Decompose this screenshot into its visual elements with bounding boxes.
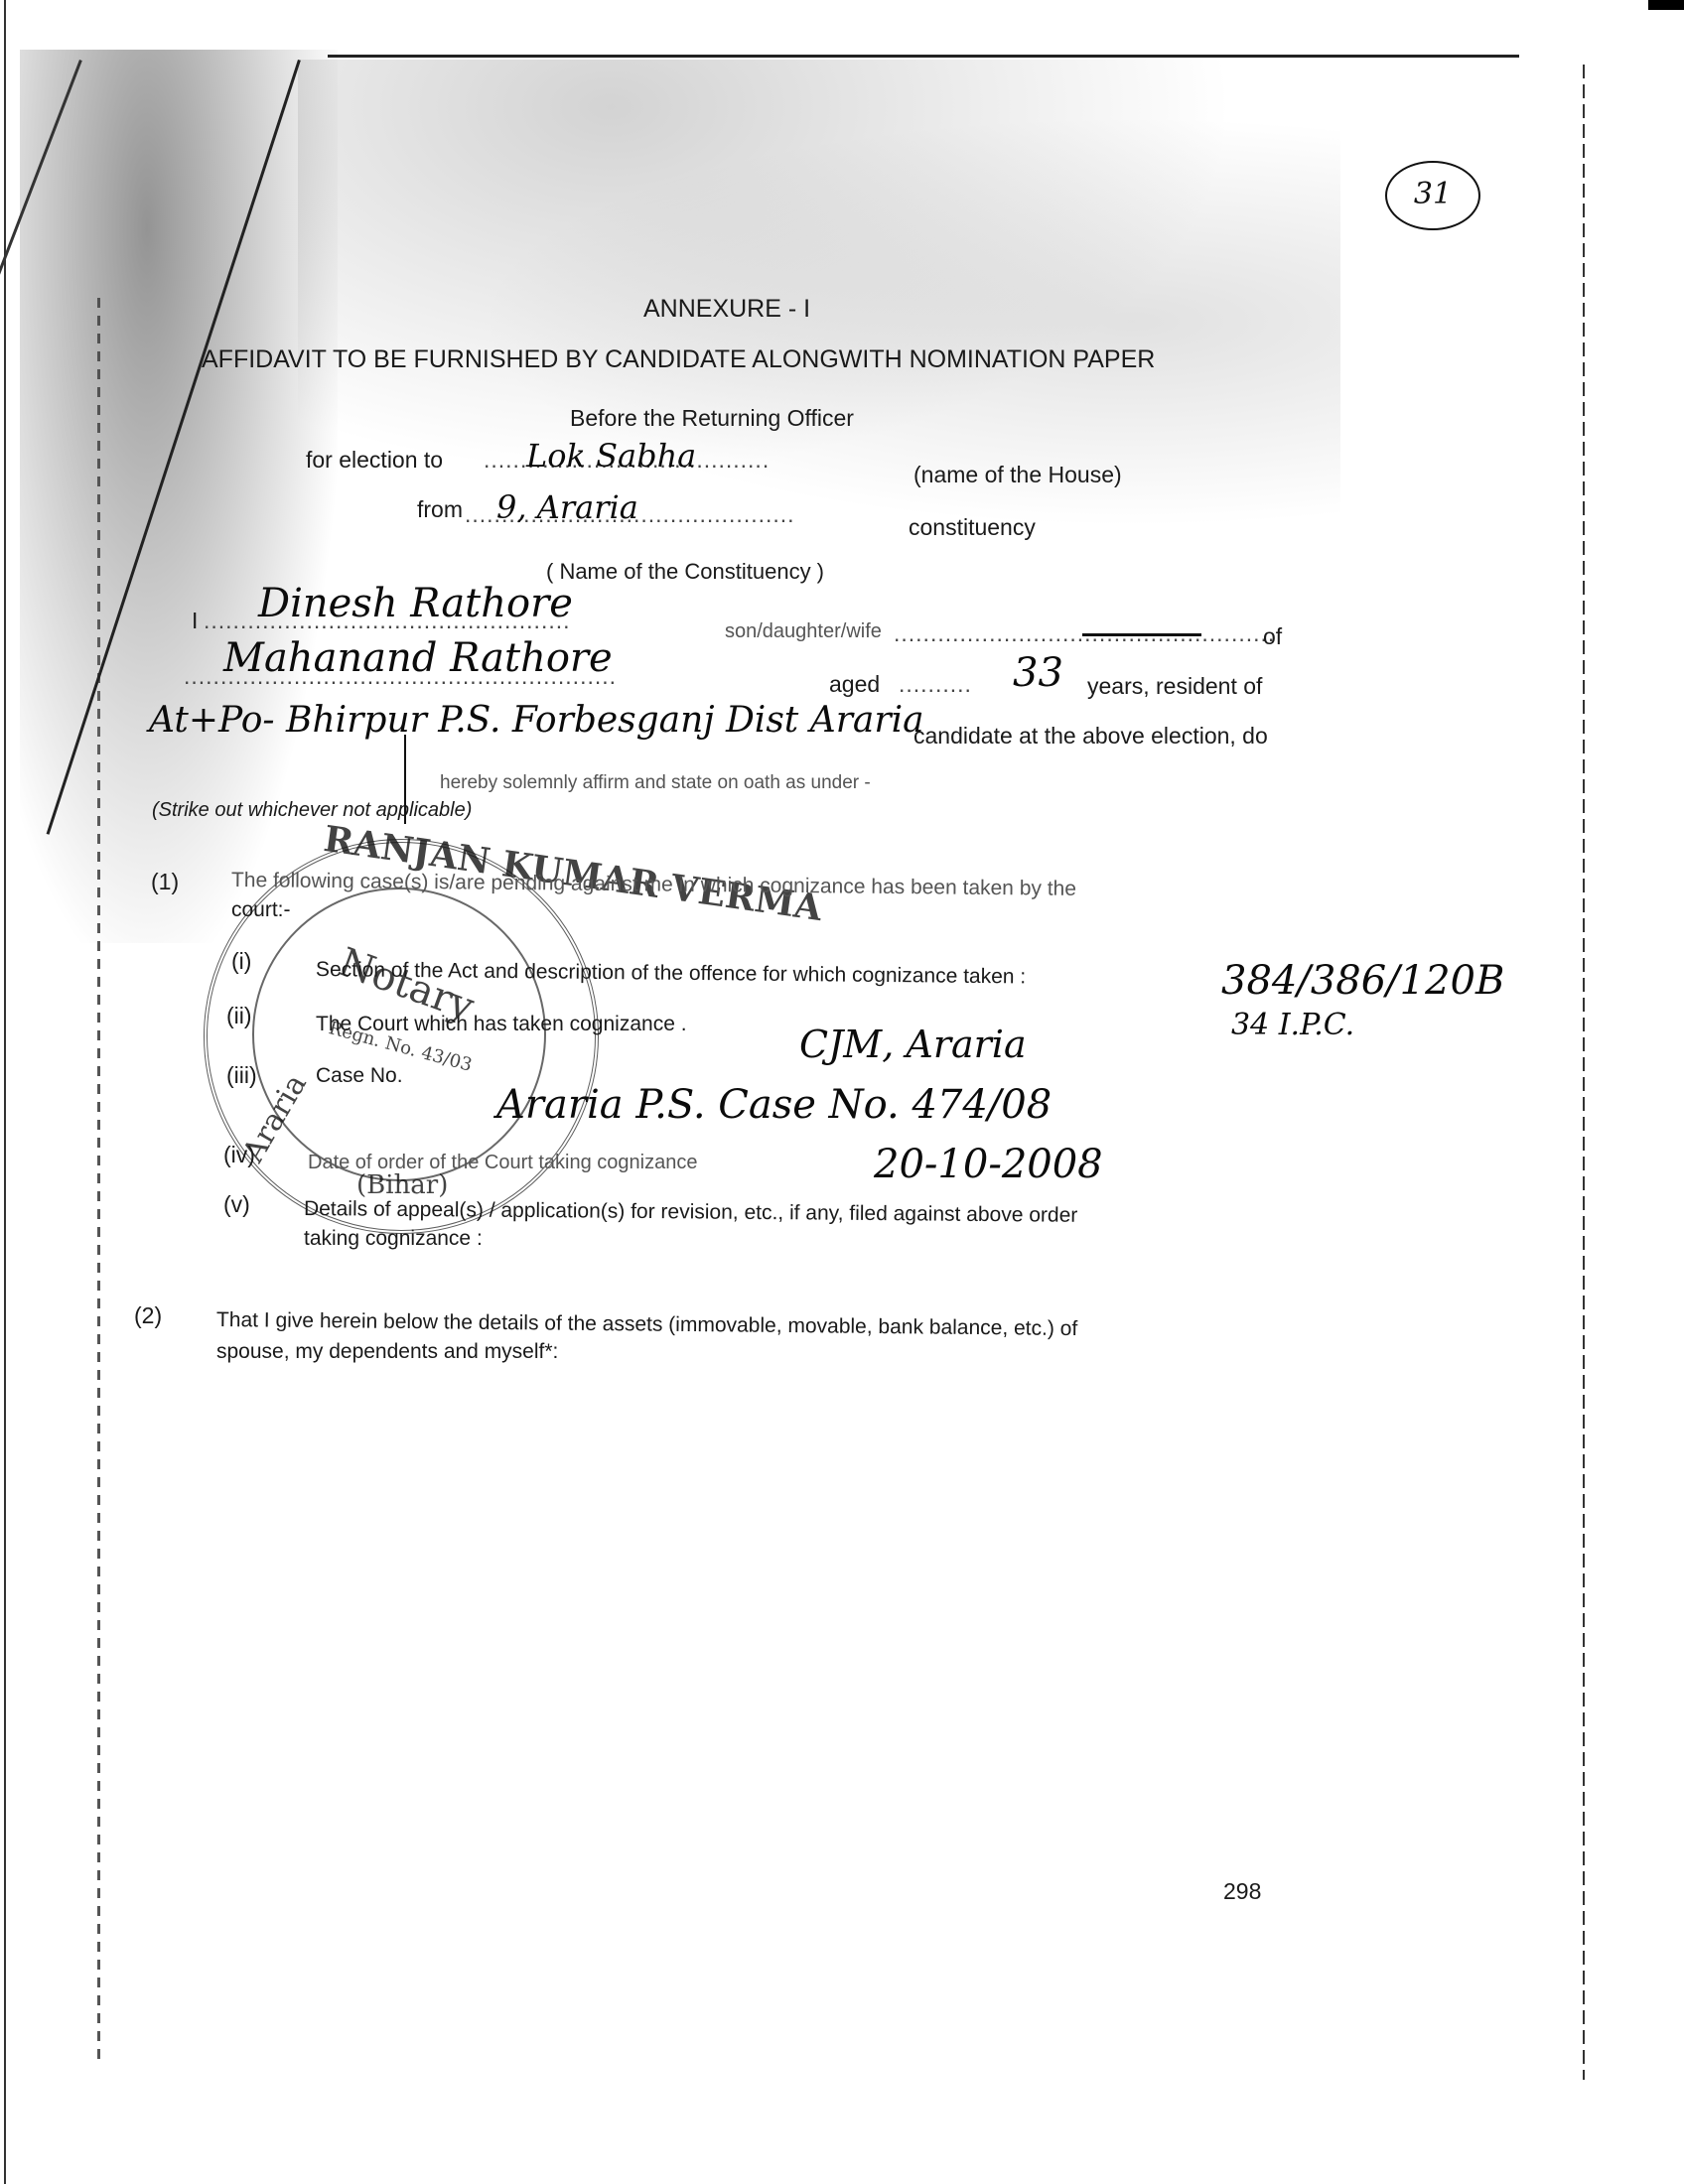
annexure-heading: ANNEXURE - I [643,295,810,324]
relation-label: son/daughter/wife [725,620,882,643]
item-v-label-cont: taking cognizance : [304,1227,483,1251]
item-iii-number: (iii) [226,1062,257,1089]
corner-mark [1648,0,1684,10]
affirm-line: hereby solemnly affirm and state on oath… [440,772,871,794]
of-label: of [1263,623,1282,650]
election-suffix: (name of the House) [913,462,1122,488]
aged-label: aged [829,671,880,698]
affidavit-title: AFFIDAVIT TO BE FURNISHED BY CANDIDATE A… [202,345,1155,374]
pen-stroke [404,735,406,824]
constituency-caption: ( Name of the Constituency ) [546,559,824,585]
item-iv-number: (iv) [223,1142,255,1168]
item-iii-label: Case No. [316,1064,403,1088]
section2-number: (2) [134,1302,162,1329]
resident-label: years, resident of [1087,673,1262,700]
address-value: At+Po- Bhirpur P.S. Forbesganj Dist Arar… [149,700,924,741]
item-i-value-2: 34 I.P.C. [1231,1008,1354,1042]
item-ii-label: The Court which has taken cognizance . [316,1013,687,1036]
candidate-tail: candidate at the above election, do [913,723,1268,750]
page-top-border [328,55,1519,58]
strike-through [1082,633,1201,636]
scan-noise [298,60,1340,536]
scan-left-edge [4,0,6,2184]
returning-officer-line: Before the Returning Officer [570,405,854,432]
constituency-value: 9, Araria [496,488,638,526]
stamp-state: (Bihar) [356,1170,448,1200]
item-i-value: 384/386/120B [1221,958,1504,1004]
candidate-name: Dinesh Rathore [258,581,573,626]
item-iv-value: 20-10-2008 [874,1142,1103,1187]
election-label: for election to [306,447,443,474]
item-ii-number: (ii) [226,1003,252,1029]
age-value: 33 [1013,650,1063,696]
dotted-leader: .......... [899,671,972,698]
page-right-border [1583,65,1585,2080]
constituency-suffix: constituency [909,514,1036,541]
section1-intro-cont: court:- [231,898,291,922]
circled-page-number: 31 [1385,161,1480,230]
section2-text-cont: spouse, my dependents and myself*: [216,1340,558,1364]
strike-note: (Strike out whichever not applicable) [152,799,472,822]
circled-page-number-text: 31 [1387,163,1478,226]
item-iv-label: Date of order of the Court taking cogniz… [308,1152,697,1174]
parent-name: Mahanand Rathore [223,635,613,681]
section2-text: That I give herein below the details of … [216,1308,1078,1341]
item-ii-value: CJM, Araria [799,1023,1027,1066]
item-i-number: (i) [231,948,251,975]
i-label: I [192,608,198,634]
from-label: from [417,496,463,523]
item-v-number: (v) [223,1191,250,1218]
election-value: Lok Sabha [526,437,696,475]
section1-number: (1) [151,869,179,895]
footer-page-number: 298 [1223,1878,1261,1905]
item-iii-value: Araria P.S. Case No. 474/08 [496,1082,1052,1128]
